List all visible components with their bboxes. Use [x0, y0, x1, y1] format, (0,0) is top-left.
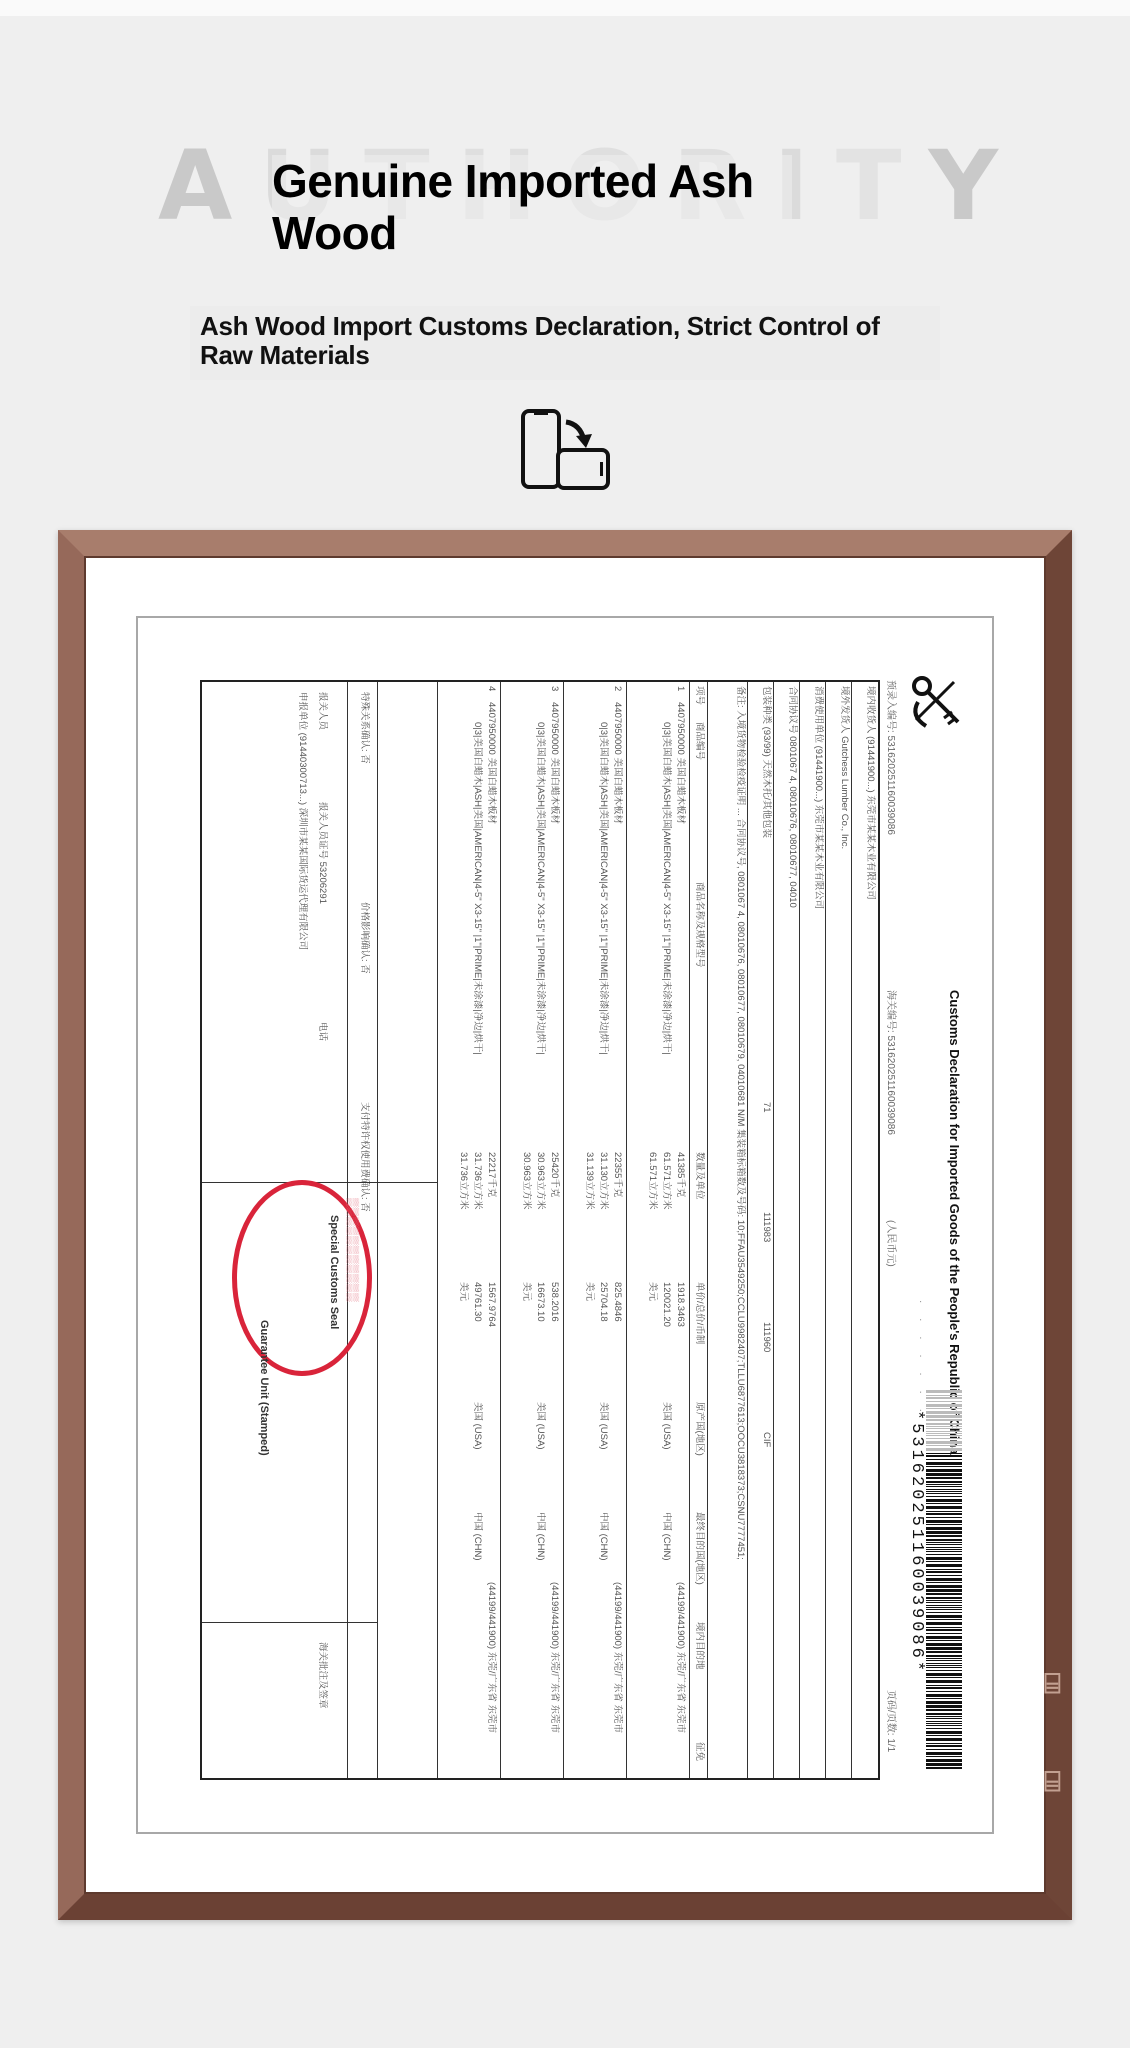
- goods-district: (44199/441900) 东莞/广东省 东莞市: [548, 1582, 560, 1733]
- goods-total: 120021.20: [660, 1282, 672, 1327]
- goods-row: 14407950000 美国白蜡木板材0|3|美国白蜡木|ASH|美国|AMER…: [626, 682, 690, 1778]
- contract-number: 合同协议号 0801067 4, 08010676, 08010677, 040…: [786, 686, 798, 1206]
- page-subtitle: Ash Wood Import Customs Declaration, Str…: [200, 312, 930, 370]
- goods-unit-price: 538.2016: [548, 1282, 560, 1322]
- declaring-unit: 申报单位 (91440300713...) 深圳市某某国际货运代理有限公司: [296, 692, 308, 1172]
- goods-origin: 美国 (USA): [597, 1402, 609, 1450]
- table-row: 境外发货人 Gutchess Lumber Co., Inc.: [825, 682, 852, 1778]
- royalty-confirm: 支付特许权使用费确认: 否: [358, 1102, 370, 1212]
- col-header: 商品编号: [693, 722, 705, 760]
- stamp-label: Special Customs Seal: [328, 1215, 340, 1329]
- customs-number: 海关编号: 531620251160039086: [885, 990, 900, 1135]
- goods-unit-price: 825.4846: [611, 1282, 623, 1322]
- goods-qty3: 31.139立方米: [583, 1152, 595, 1210]
- goods-origin: 美国 (USA): [471, 1402, 483, 1450]
- customs-emblem-icon: [906, 672, 966, 732]
- goods-unit-price: 1567.9764: [485, 1282, 497, 1327]
- col-header: 境内目的地: [693, 1622, 705, 1670]
- goods-qty2: 30.963立方米: [534, 1152, 546, 1210]
- net-weight: 111960: [760, 1322, 772, 1402]
- col-header: 项号: [693, 686, 705, 705]
- table-row: 境内收货人 (91441900...) 东莞市某某木业有限公司: [851, 682, 878, 1778]
- brand-logo-watermark: ⌸: [1044, 1766, 1061, 1799]
- rotate-phone-icon[interactable]: [520, 408, 612, 492]
- stamp-text: ▒▒▒▒▒▒▒▒▒▒▒: [346, 1198, 360, 1303]
- goods-row: 24407950000 美国白蜡木板材0|3|美国白蜡木|ASH|美国|AMER…: [563, 682, 627, 1778]
- top-strip: [0, 0, 1130, 16]
- goods-currency: 美元: [520, 1282, 532, 1301]
- goods-qty2: 31.736立方米: [471, 1152, 483, 1210]
- goods-origin: 美国 (USA): [534, 1402, 546, 1450]
- goods-unit-price: 1918.3463: [674, 1282, 686, 1327]
- packing-type: 包装种类 (93/99) 天然木托/其他包装: [760, 686, 772, 986]
- empty-row: [377, 682, 438, 1778]
- barcode-number: *531620251160039086*: [907, 1410, 926, 1674]
- divider: [202, 1622, 378, 1623]
- currency-note: (人民币元): [885, 1220, 900, 1267]
- goods-no: 1: [674, 686, 686, 691]
- goods-qty2: 31.130立方米: [597, 1152, 609, 1210]
- declarant-cert: 报关人员证号 53206291: [316, 802, 328, 904]
- goods-spec: 0|3|美国白蜡木|ASH|美国|AMERICAN|4-5" X3-15" |1…: [534, 722, 546, 1055]
- goods-code: 4407950000 美国白蜡木板材: [548, 702, 560, 824]
- goods-currency: 美元: [646, 1282, 658, 1301]
- subtitle-block: Ash Wood Import Customs Declaration, Str…: [190, 306, 940, 380]
- price-impact: 价格影响确认: 否: [358, 902, 370, 974]
- pre-entry-number: 预录入编号: 531620251160039086: [885, 680, 900, 835]
- goods-no: 2: [611, 686, 623, 691]
- goods-row: 34407950000 美国白蜡木板材0|3|美国白蜡木|ASH|美国|AMER…: [500, 682, 564, 1778]
- goods-no: 3: [548, 686, 560, 691]
- col-header: 单价/总价/币制: [693, 1282, 705, 1344]
- goods-code: 4407950000 美国白蜡木板材: [611, 702, 623, 824]
- customs-declaration-document: Customs Declaration for Imported Goods o…: [190, 660, 970, 1780]
- special-relation: 特殊关系确认: 否: [358, 692, 370, 764]
- page-title: Genuine Imported Ash Wood: [272, 155, 792, 259]
- table-row: 消费使用单位 (91441900...) 东莞市某某木业有限公司: [799, 682, 826, 1778]
- goods-total: 16673.10: [534, 1282, 546, 1322]
- page-number: 页码/页数: 1/1: [885, 1690, 900, 1752]
- goods-code: 4407950000 美国白蜡木板材: [674, 702, 686, 824]
- col-header: 最终目的国(地区): [693, 1512, 705, 1585]
- goods-district: (44199/441900) 东莞/广东省 东莞市: [611, 1582, 623, 1733]
- goods-dest: 中国 (CHN): [471, 1512, 483, 1561]
- consignee: 境内收货人 (91441900...) 东莞市某某木业有限公司: [864, 686, 876, 1206]
- table-row: 包装种类 (93/99) 天然木托/其他包装 71 111983 111960 …: [747, 682, 774, 1778]
- goods-code: 4407950000 美国白蜡木板材: [485, 702, 497, 824]
- goods-qty3: 61.571立方米: [646, 1152, 658, 1210]
- goods-total: 49761.30: [471, 1282, 483, 1322]
- goods-qty1: 22217千克: [485, 1152, 497, 1197]
- goods-district: (44199/441900) 东莞/广东省 东莞市: [674, 1582, 686, 1733]
- table-header-row: 项号 商品编号 商品名称及规格型号 数量及单位 单价/总价/币制 原产国(地区)…: [689, 682, 708, 1778]
- trade-terms: CIF: [760, 1432, 772, 1492]
- col-header: 数量及单位: [693, 1152, 705, 1200]
- col-header: 原产国(地区): [693, 1402, 705, 1456]
- goods-dest: 中国 (CHN): [597, 1512, 609, 1561]
- goods-no: 4: [485, 686, 497, 691]
- goods-spec: 0|3|美国白蜡木|ASH|美国|AMERICAN|4-5" X3-15" |1…: [660, 722, 672, 1055]
- col-header: 征免: [693, 1742, 705, 1761]
- goods-currency: 美元: [583, 1282, 595, 1301]
- watermark-letter: T: [836, 138, 901, 234]
- goods-qty1: 41385千克: [674, 1152, 686, 1197]
- guarantee-label: Guarantee Unit (Stamped): [258, 1320, 270, 1456]
- table-row: 备注: 入境货物检验检疫证明 ... 合同协议号, 0801067 4, 080…: [707, 682, 748, 1778]
- watermark-letter: Y: [928, 138, 998, 234]
- seal-remark: 海关批注及签章: [316, 1642, 328, 1709]
- goods-origin: 美国 (USA): [660, 1402, 672, 1450]
- document-title: Customs Declaration for Imported Goods o…: [947, 990, 962, 1455]
- gross-weight: 111983: [760, 1212, 772, 1292]
- goods-spec: 0|3|美国白蜡木|ASH|美国|AMERICAN|4-5" X3-15" |1…: [471, 722, 483, 1055]
- goods-dest: 中国 (CHN): [660, 1512, 672, 1561]
- overseas-shipper: 境外发货人 Gutchess Lumber Co., Inc.: [838, 686, 850, 1206]
- goods-qty3: 31.736立方米: [457, 1152, 469, 1210]
- goods-row: 44407950000 美国白蜡木板材0|3|美国白蜡木|ASH|美国|AMER…: [437, 682, 501, 1778]
- phone-label: 电话: [316, 1022, 328, 1041]
- declarant: 报关人员: [316, 692, 328, 730]
- title-block: Genuine Imported Ash Wood: [272, 155, 792, 259]
- goods-spec: 0|3|美国白蜡木|ASH|美国|AMERICAN|4-5" X3-15" |1…: [597, 722, 609, 1055]
- brand-logo-watermark: ⌸: [1044, 1668, 1061, 1701]
- consumer-unit: 消费使用单位 (91441900...) 东莞市某某木业有限公司: [812, 686, 824, 1206]
- table-row: 合同协议号 0801067 4, 08010676, 08010677, 040…: [773, 682, 800, 1778]
- barcode: [926, 1390, 962, 1770]
- goods-qty1: 22355千克: [611, 1152, 623, 1197]
- goods-total: 25704.18: [597, 1282, 609, 1322]
- goods-dest: 中国 (CHN): [534, 1512, 546, 1561]
- goods-qty2: 61.571立方米: [660, 1152, 672, 1210]
- goods-qty3: 30.963立方米: [520, 1152, 532, 1210]
- package-count: 71: [760, 1102, 772, 1162]
- remarks: 备注: 入境货物检验检疫证明 ... 合同协议号, 0801067 4, 080…: [734, 686, 746, 1776]
- goods-district: (44199/441900) 东莞/广东省 东莞市: [485, 1582, 497, 1733]
- watermark-letter: A: [158, 138, 232, 234]
- goods-currency: 美元: [457, 1282, 469, 1301]
- goods-qty1: 25420千克: [548, 1152, 560, 1197]
- col-header: 商品名称及规格型号: [693, 882, 705, 968]
